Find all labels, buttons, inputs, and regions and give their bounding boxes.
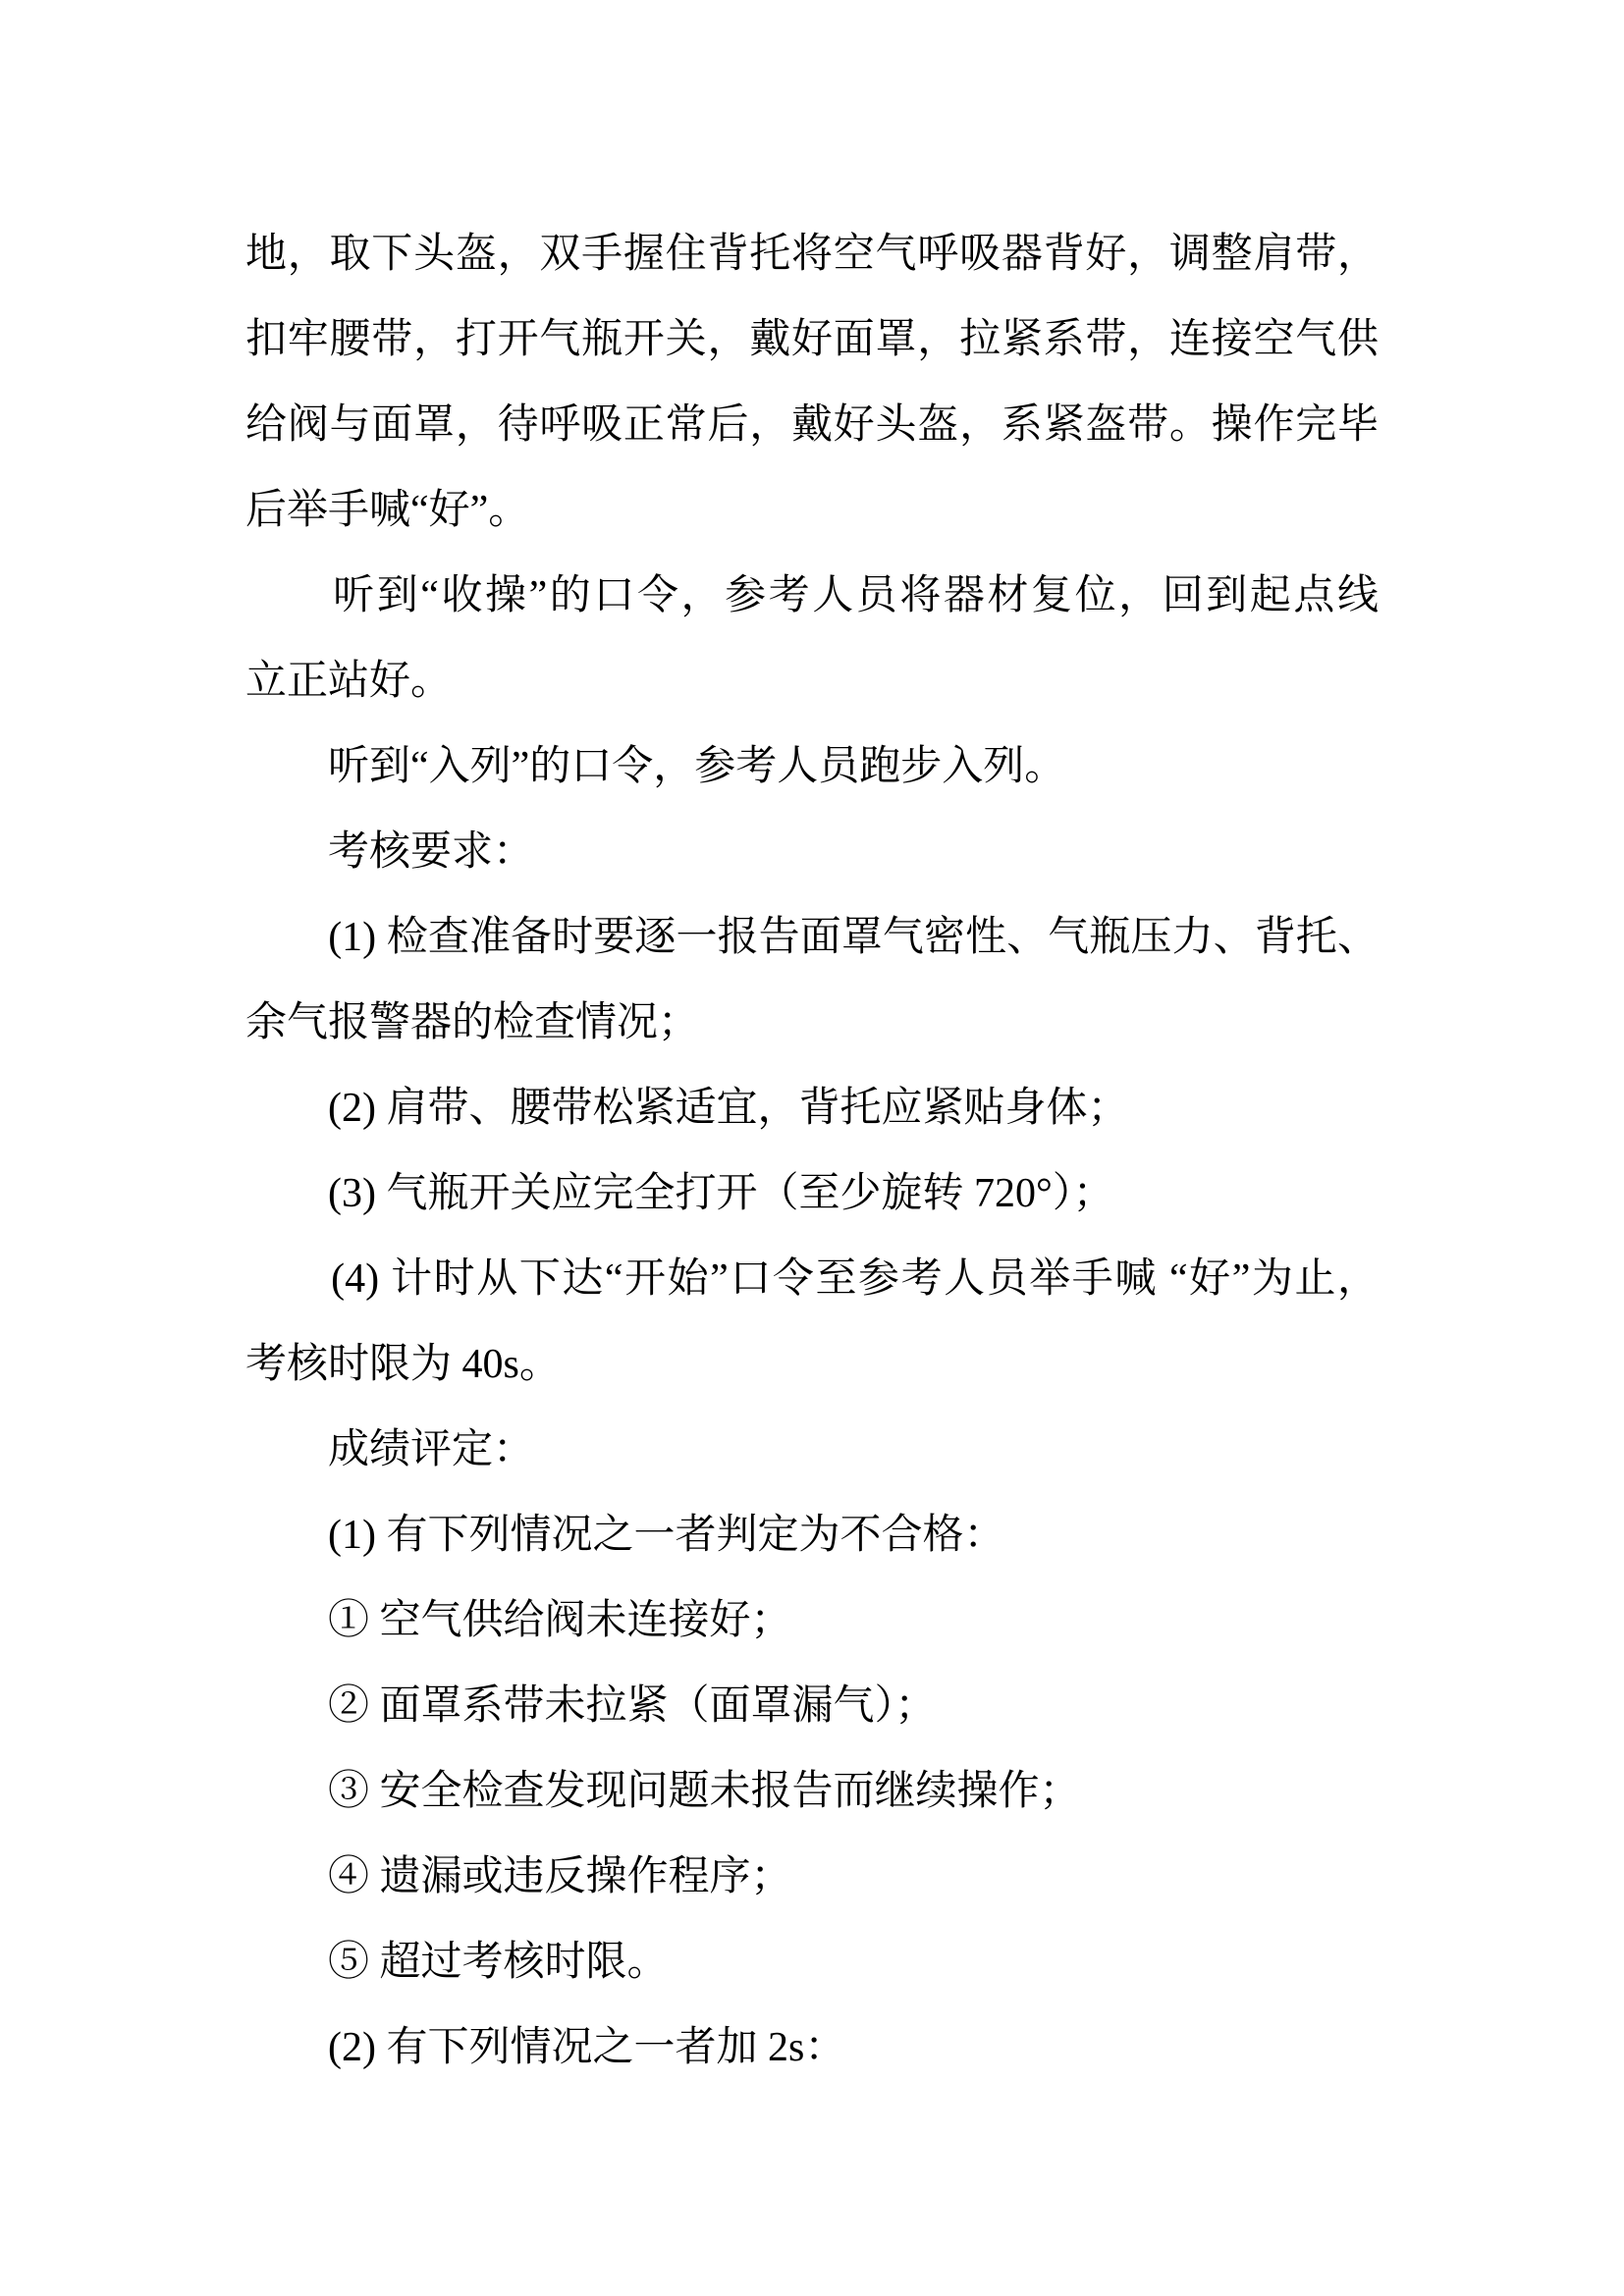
text-line: ⑤ 超过考核时限。	[245, 1920, 1379, 2005]
text-line: ③ 安全检查发现问题未报告而继续操作；	[245, 1749, 1379, 1835]
text-line: (1) 有下列情况之一者判定为不合格：	[245, 1493, 1379, 1578]
text-line: (2) 肩带、腰带松紧适宜，背托应紧贴身体；	[245, 1066, 1379, 1151]
text-line: 成绩评定：	[245, 1408, 1379, 1493]
text-line: 立正站好。	[245, 639, 1379, 724]
text-line: ④ 遗漏或违反操作程序；	[245, 1835, 1379, 1920]
text-line: 余气报警器的检查情况；	[245, 981, 1379, 1066]
text-line: 后举手喊“好”。	[245, 468, 1379, 554]
text-line: (4) 计时从下达“开始”口令至参考人员举手喊 “好”为止，	[245, 1237, 1379, 1322]
document-page: 地，取下头盔，双手握住背托将空气呼吸器背好，调整肩带，扣牢腰带，打开气瓶开关，戴…	[0, 0, 1624, 2296]
text-line: 听到“收操”的口令，参考人员将器材复位，回到起点线	[245, 554, 1379, 639]
text-line: ② 面罩系带未拉紧（面罩漏气）；	[245, 1664, 1379, 1749]
text-line: 听到“入列”的口令，参考人员跑步入列。	[245, 724, 1379, 810]
text-line: (3) 气瓶开关应完全打开（至少旋转 720°）；	[245, 1151, 1379, 1237]
text-line: (2) 有下列情况之一者加 2s：	[245, 2005, 1379, 2091]
text-line: (1) 检查准备时要逐一报告面罩气密性、气瓶压力、背托、	[245, 895, 1379, 981]
text-line: 给阀与面罩，待呼吸正常后，戴好头盔，系紧盔带。操作完毕	[245, 383, 1379, 468]
text-line: 地，取下头盔，双手握住背托将空气呼吸器背好，调整肩带，	[245, 212, 1379, 297]
text-line: 考核时限为 40s。	[245, 1322, 1379, 1408]
text-line: 扣牢腰带，打开气瓶开关，戴好面罩，拉紧系带，连接空气供	[245, 297, 1379, 383]
text-line: ① 空气供给阀未连接好；	[245, 1578, 1379, 1664]
text-line: 考核要求：	[245, 810, 1379, 895]
body-text: 地，取下头盔，双手握住背托将空气呼吸器背好，调整肩带，扣牢腰带，打开气瓶开关，戴…	[245, 212, 1379, 2091]
